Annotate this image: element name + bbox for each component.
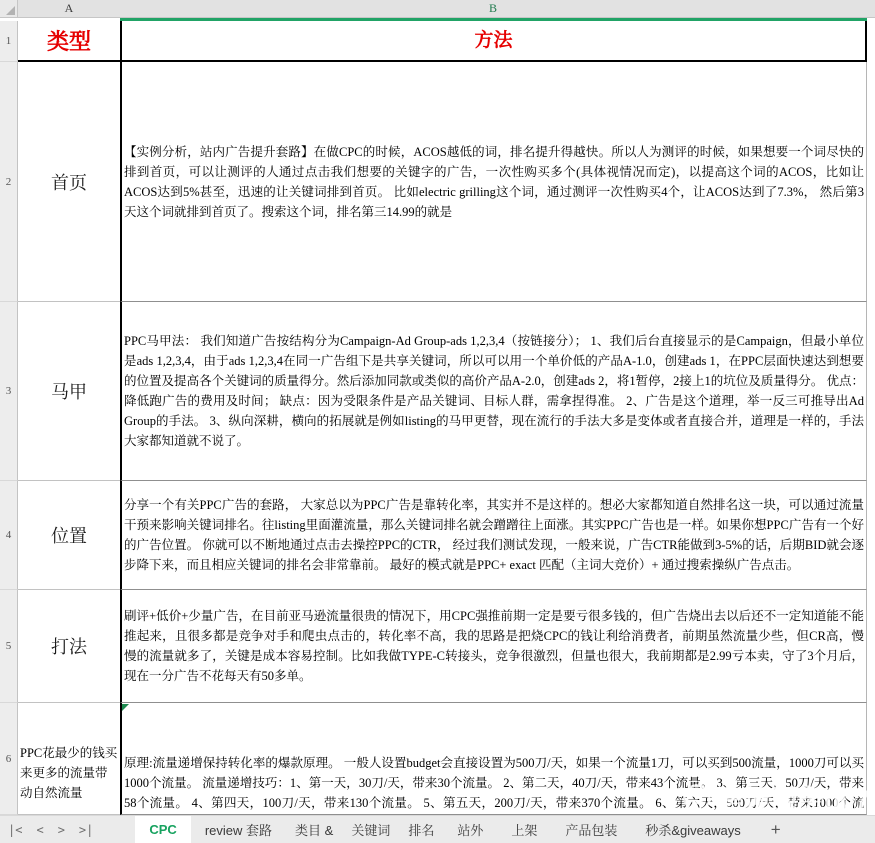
first-sheet-button[interactable]: |< xyxy=(8,823,22,837)
cell-b4-method[interactable]: 分享一个有关PPC广告的套路， 大家总以为PPC广告是靠转化率，其实并不是这样的… xyxy=(120,481,867,590)
row-number-5[interactable]: 5 xyxy=(0,590,18,703)
tab-paiming[interactable]: 排名 xyxy=(399,816,443,843)
cell-b3-text: PPC马甲法： 我们知道广告按结构分为Campaign-Ad Group-ads… xyxy=(122,330,866,452)
cell-b2-text: 【实例分析，站内广告提升套路】在做CPC的时候，ACOS越低的词，排名提升得越快… xyxy=(122,141,866,223)
sheet-tabs: CPC review 套路 类目 & 关键词 排名 站外 上架 产品包装 秒杀&… xyxy=(135,816,790,843)
cell-a5-tactic[interactable]: 打法 xyxy=(18,590,120,703)
cell-b2-method[interactable]: 【实例分析，站内广告提升套路】在做CPC的时候，ACOS越低的词，排名提升得越快… xyxy=(120,62,867,302)
cell-b5-method[interactable]: 刷评+低价+少量广告，在目前亚马逊流量很贵的情况下，用CPC强推前期一定是要亏很… xyxy=(120,590,867,703)
cell-a3-majia[interactable]: 马甲 xyxy=(18,302,120,481)
column-header-a[interactable]: A xyxy=(18,1,120,16)
cell-a1-type-header[interactable]: 类型 xyxy=(18,21,120,62)
tab-review-taolu[interactable]: review 套路 xyxy=(191,816,286,843)
select-all-corner[interactable] xyxy=(0,0,18,17)
cell-b6-flag-triangle-icon xyxy=(122,704,129,711)
tab-chanpinbaozhuang[interactable]: 产品包装 xyxy=(551,816,631,843)
select-all-triangle-icon xyxy=(6,6,15,15)
sheet-tab-bar: |< < > >| CPC review 套路 类目 & 关键词 排名 站外 上… xyxy=(0,815,875,843)
tab-cpc[interactable]: CPC xyxy=(135,816,190,843)
cell-a4-position[interactable]: 位置 xyxy=(18,481,120,590)
cell-b6-method[interactable]: 原理:流量递增保持转化率的爆款原理。 一般人设置budget会直接设置为500刀… xyxy=(120,703,867,815)
cell-b5-text: 刷评+低价+少量广告，在目前亚马逊流量很贵的情况下，用CPC强推前期一定是要亏很… xyxy=(122,605,866,687)
tab-leimu[interactable]: 类目 & xyxy=(286,816,342,843)
cell-b1-method-header[interactable]: 方法 xyxy=(120,21,867,62)
row-number-3[interactable]: 3 xyxy=(0,302,18,481)
cell-b3-method[interactable]: PPC马甲法： 我们知道广告按结构分为Campaign-Ad Group-ads… xyxy=(120,302,867,481)
cell-a6-ppc-traffic[interactable]: PPC花最少的钱买来更多的流量带动自然流量 xyxy=(18,703,120,815)
tab-guanjianci[interactable]: 关键词 xyxy=(342,816,399,843)
next-sheet-button[interactable]: > xyxy=(58,823,65,837)
row-number-1[interactable]: 1 xyxy=(0,21,18,62)
row-number-2[interactable]: 2 xyxy=(0,62,18,302)
cell-a2-homepage[interactable]: 首页 xyxy=(18,62,120,302)
sheet-nav-buttons: |< < > >| xyxy=(0,816,107,843)
tab-zhanwai[interactable]: 站外 xyxy=(443,816,497,843)
prev-sheet-button[interactable]: < xyxy=(36,823,43,837)
row-number-6[interactable]: 6 xyxy=(0,703,18,815)
cell-b4-text: 分享一个有关PPC广告的套路， 大家总以为PPC广告是靠转化率，其实并不是这样的… xyxy=(122,494,866,576)
add-sheet-button[interactable]: + xyxy=(761,816,791,843)
column-header-strip: A B xyxy=(0,0,875,18)
cell-b1-text: 方法 xyxy=(122,29,865,53)
tab-miaosha-giveaways[interactable]: 秒杀&giveaways xyxy=(631,816,754,843)
tab-shangjia[interactable]: 上架 xyxy=(497,816,551,843)
last-sheet-button[interactable]: >| xyxy=(79,823,93,837)
row-number-4[interactable]: 4 xyxy=(0,481,18,590)
spreadsheet-app: A B 1 2 3 4 5 6 类型 方法 首页 【实例分析，站内广告提升套路】… xyxy=(0,0,875,843)
cell-b6-text: 原理:流量递增保持转化率的爆款原理。 一般人设置budget会直接设置为500刀… xyxy=(122,703,866,815)
column-header-b[interactable]: B xyxy=(120,1,866,16)
cell-a6-text: PPC花最少的钱买来更多的流量带动自然流量 xyxy=(18,703,120,803)
